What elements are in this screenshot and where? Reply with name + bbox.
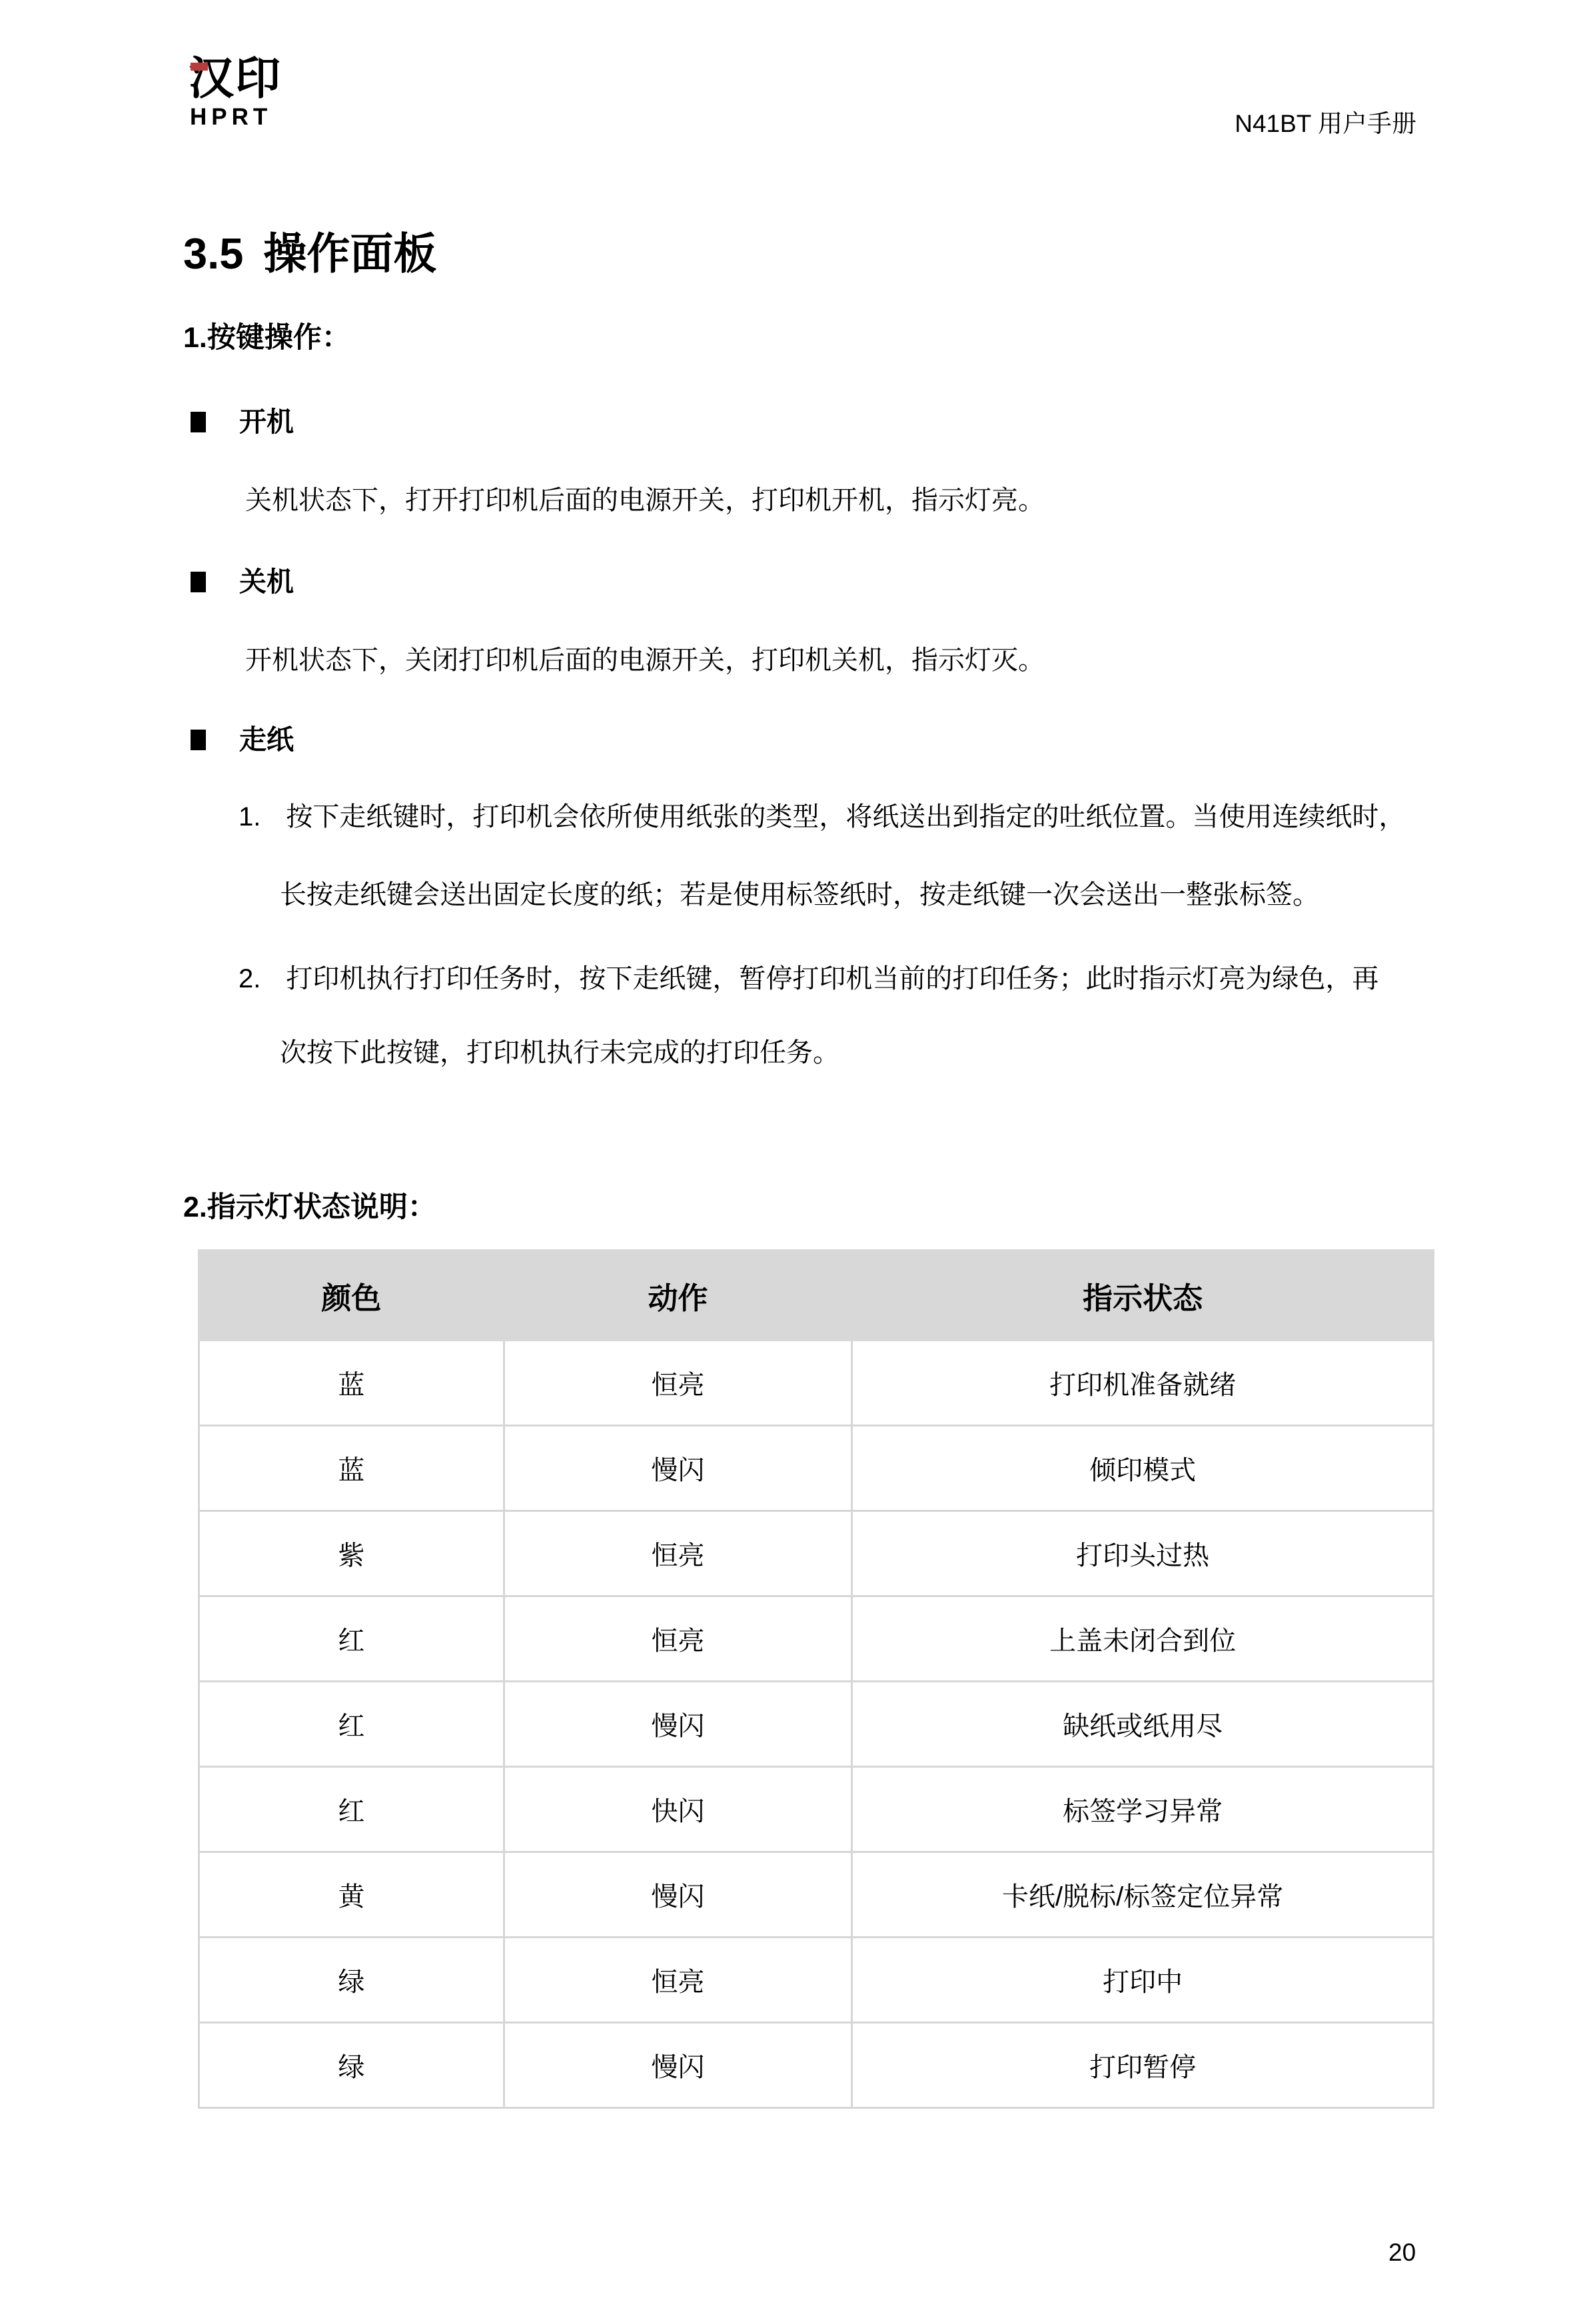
action-cell: 慢闪 [504, 2023, 852, 2108]
status-cell: 倾印模式 [852, 1426, 1434, 1511]
feed-item-1-line-2: 长按走纸键会送出固定长度的纸；若是使用标签纸时，按走纸键一次会送出一整张标签。 [280, 879, 1319, 910]
square-bullet-icon [191, 412, 206, 432]
section-heading: 3.5操作面板 [183, 232, 436, 275]
action-cell: 慢闪 [504, 1426, 852, 1511]
table-row: 绿 恒亮 打印中 [199, 1938, 1434, 2023]
subsection-led-states: 2.指示灯状态说明： [183, 1193, 436, 1222]
status-cell: 打印暂停 [852, 2023, 1434, 2108]
status-cell: 打印机准备就绪 [852, 1341, 1434, 1426]
status-cell: 标签学习异常 [852, 1767, 1434, 1852]
led-status-table-container: 颜色 动作 指示状态 蓝 恒亮 打印机准备就绪 蓝 慢闪 倾印模式 紫 [198, 1249, 1434, 2109]
subsection-key-operations: 1.按键操作： [183, 324, 350, 352]
color-cell: 黄 [199, 1852, 504, 1938]
action-cell: 恒亮 [504, 1341, 852, 1426]
color-cell: 紫 [199, 1511, 504, 1596]
logo-red-accent [191, 63, 208, 71]
bullet-power-on: 开机 [191, 406, 294, 437]
color-cell: 蓝 [199, 1341, 504, 1426]
bullet-paper-feed: 走纸 [191, 724, 294, 755]
power-off-description: 开机状态下，关闭打印机后面的电源开关，打印机关机，指示灯灭。 [245, 645, 1045, 676]
status-cell: 卡纸/脱标/标签定位异常 [852, 1852, 1434, 1938]
table-row: 蓝 慢闪 倾印模式 [199, 1426, 1434, 1511]
color-cell: 红 [199, 1682, 504, 1767]
color-cell: 红 [199, 1767, 504, 1852]
hprt-logo-text: HPRT [190, 105, 272, 129]
column-header-status: 指示状态 [852, 1251, 1434, 1341]
square-bullet-icon [191, 730, 206, 750]
status-cell: 打印头过热 [852, 1511, 1434, 1596]
power-on-description: 关机状态下，打开打印机后面的电源开关，打印机开机，指示灯亮。 [245, 485, 1045, 516]
table-row: 绿 慢闪 打印暂停 [199, 2023, 1434, 2108]
feed-item-text: 打印机执行打印任务时，按下走纸键，暂停打印机当前的打印任务；此时指示灯亮为绿色，… [286, 963, 1378, 994]
color-cell: 红 [199, 1596, 504, 1682]
feed-item-2-line-2: 次按下此按键，打印机执行未完成的打印任务。 [280, 1037, 839, 1068]
table-header-row: 颜色 动作 指示状态 [199, 1251, 1434, 1341]
color-cell: 绿 [199, 2023, 504, 2108]
status-cell: 缺纸或纸用尽 [852, 1682, 1434, 1767]
manual-page: 汉印 HPRT N41BT 用户手册 3.5操作面板 1.按键操作： 开机 关机… [0, 0, 1583, 2324]
square-bullet-icon [191, 572, 206, 592]
status-cell: 上盖未闭合到位 [852, 1596, 1434, 1682]
feed-item-text: 按下走纸键时，打印机会依所使用纸张的类型，将纸送出到指定的吐纸位置。当使用连续纸… [286, 802, 1405, 832]
table-row: 蓝 恒亮 打印机准备就绪 [199, 1341, 1434, 1426]
action-cell: 慢闪 [504, 1682, 852, 1767]
list-number: 2. [239, 963, 261, 994]
page-number: 20 [1388, 2240, 1416, 2265]
bullet-label: 走纸 [239, 726, 294, 754]
list-number: 1. [239, 802, 261, 832]
table-row: 红 恒亮 上盖未闭合到位 [199, 1596, 1434, 1682]
led-status-table: 颜色 动作 指示状态 蓝 恒亮 打印机准备就绪 蓝 慢闪 倾印模式 紫 [198, 1249, 1434, 2109]
action-cell: 恒亮 [504, 1596, 852, 1682]
column-header-action: 动作 [504, 1251, 852, 1341]
action-cell: 恒亮 [504, 1938, 852, 2023]
action-cell: 快闪 [504, 1767, 852, 1852]
color-cell: 绿 [199, 1938, 504, 2023]
feed-item-2-line-1: 2. 打印机执行打印任务时，按下走纸键，暂停打印机当前的打印任务；此时指示灯亮为… [239, 963, 1378, 994]
table-row: 紫 恒亮 打印头过热 [199, 1511, 1434, 1596]
table-row: 红 慢闪 缺纸或纸用尽 [199, 1682, 1434, 1767]
feed-item-1-line-1: 1. 按下走纸键时，打印机会依所使用纸张的类型，将纸送出到指定的吐纸位置。当使用… [239, 802, 1405, 832]
section-number: 3.5 [183, 229, 243, 278]
section-title: 操作面板 [263, 229, 436, 278]
table-row: 红 快闪 标签学习异常 [199, 1767, 1434, 1852]
header-doc-title: N41BT 用户手册 [1235, 111, 1416, 138]
column-header-color: 颜色 [199, 1251, 504, 1341]
action-cell: 恒亮 [504, 1511, 852, 1596]
status-cell: 打印中 [852, 1938, 1434, 2023]
bullet-label: 开机 [239, 408, 294, 436]
bullet-label: 关机 [239, 568, 294, 596]
action-cell: 慢闪 [504, 1852, 852, 1938]
color-cell: 蓝 [199, 1426, 504, 1511]
table-row: 黄 慢闪 卡纸/脱标/标签定位异常 [199, 1852, 1434, 1938]
bullet-power-off: 关机 [191, 566, 294, 597]
